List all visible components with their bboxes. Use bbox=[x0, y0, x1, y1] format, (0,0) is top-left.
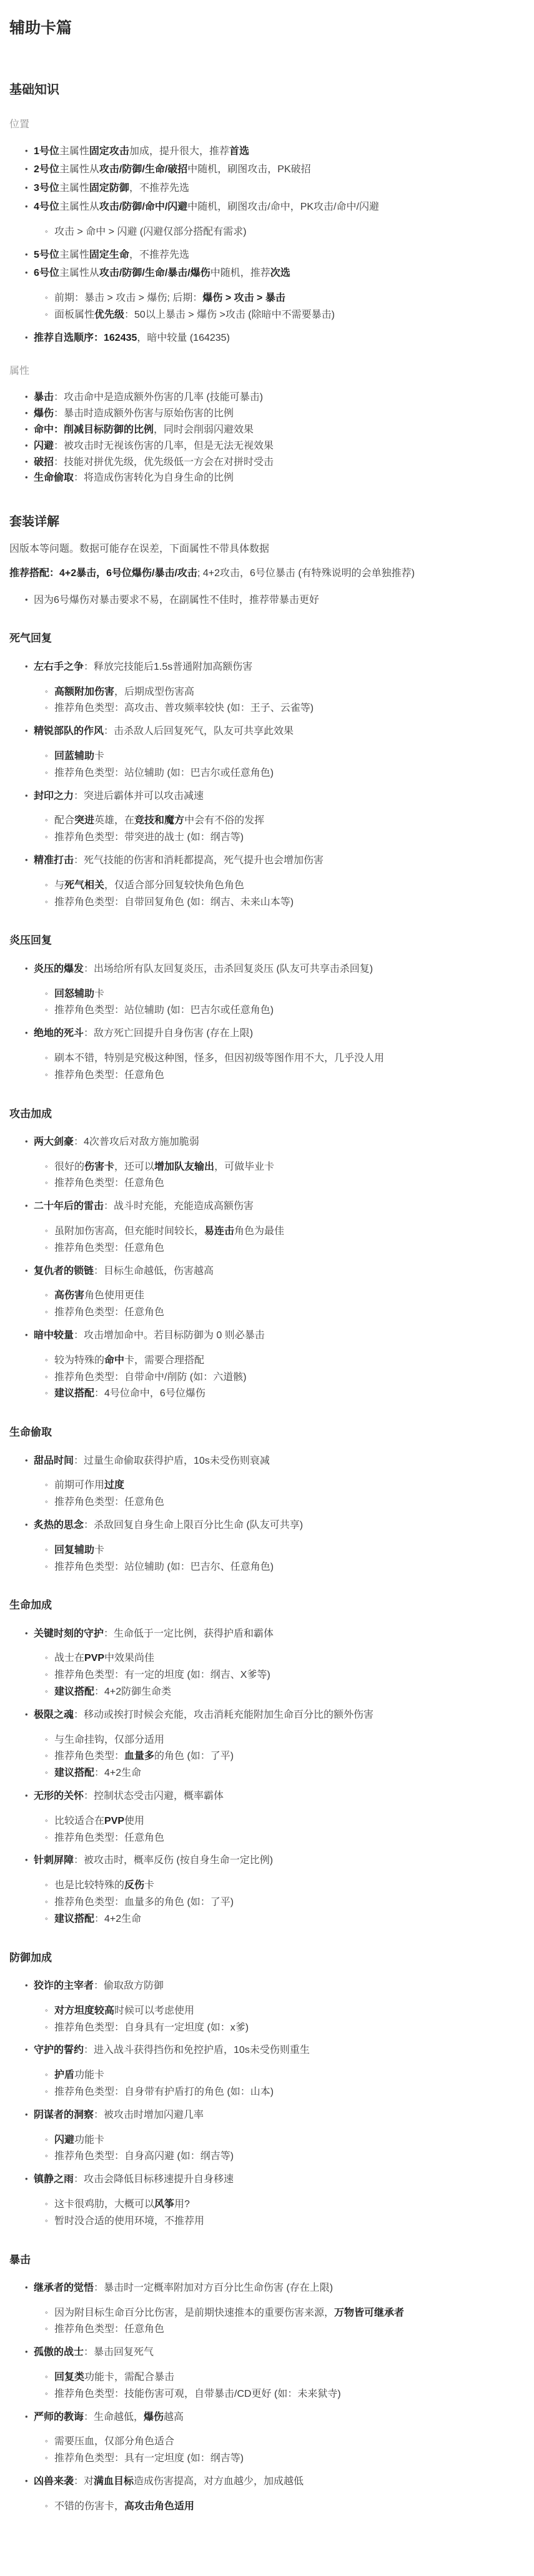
sub-bullet-list: 攻击 > 命中 > 闪避 (闪避仅部分搭配有需求) bbox=[34, 225, 517, 240]
bold-text-run: 推荐搭配：4+2暴击，6号位爆伤/暴击/攻击 bbox=[9, 568, 197, 579]
sub-list-item: 刷本不错，特别是究极这种图，怪多，但因初级等图作用不大，几乎没人用 bbox=[45, 1051, 517, 1067]
bold-text-run: 阴谋者的洞察 bbox=[34, 2110, 94, 2120]
text-run: 主属性 bbox=[59, 183, 89, 193]
text-run: 中随机，刷图攻击/命中，PK攻击/命中/闪避 bbox=[187, 202, 379, 212]
text-run: ，不推荐先选 bbox=[129, 250, 189, 260]
sub-list-item: 推荐角色类型：任意角色 bbox=[45, 2322, 517, 2338]
bold-text-run: 回怒辅助 bbox=[54, 989, 94, 999]
bullet-list: 左右手之争：释放完技能后1.5s普通附加高额伤害高额附加伤害，后期成型伤害高推荐… bbox=[9, 660, 517, 911]
text-run: 时候可以考虑使用 bbox=[114, 2005, 194, 2016]
document-body: 基础知识位置1号位主属性固定攻击加成，提升很大，推荐首选2号位主属性从攻击/防御… bbox=[9, 81, 517, 2515]
list-item: 继承者的觉悟：暴击时一定概率附加对方百分比生命伤害 (存在上限)因为附目标生命百… bbox=[24, 2281, 517, 2338]
text-run: 推荐角色类型：任意角色 bbox=[54, 1243, 164, 1253]
bold-text-run: 绝地的死斗 bbox=[34, 1028, 84, 1039]
sub-list-item: 前期：暴击 > 攻击 > 爆伤; 后期：爆伤 > 攻击 > 暴击 bbox=[45, 291, 517, 306]
sub-bullet-list: 与死气相关，仅适合部分回复较快角色角色推荐角色类型：自带回复角色 (如：纲吉、未… bbox=[34, 878, 517, 911]
sub-list-item: 虽附加伤害高，但充能时间较长，易连击角色为最佳 bbox=[45, 1224, 517, 1240]
list-item: 严师的教诲：生命越低，爆伤越高需要压血，仅部分角色适合推荐角色类型：具有一定坦度… bbox=[24, 2410, 517, 2467]
text-run: 卡 bbox=[94, 751, 104, 762]
text-run: 角色为最佳 bbox=[234, 1226, 284, 1237]
text-run: ：死气技能的伤害和消耗都提高，死气提升也会增加伤害 bbox=[74, 855, 324, 866]
sub-list-item: 推荐角色类型：自身带有护盾打的角色 (如：山本) bbox=[45, 2085, 517, 2100]
text-run: ：暴击时一定概率附加对方百分比生命伤害 (存在上限) bbox=[94, 2283, 333, 2293]
text-run: 攻击 > 命中 > 闪避 (闪避仅部分搭配有需求) bbox=[54, 227, 247, 237]
sub-bullet-list: 战士在PVP中效果尚佳推荐角色类型：有一定的坦度 (如：纲吉、X爹等)建议搭配：… bbox=[34, 1651, 517, 1700]
bold-text-run: 攻击/防御/生命/破招 bbox=[99, 164, 187, 175]
section-heading: 攻击加成 bbox=[9, 1106, 517, 1122]
bold-text-run: 高额附加伤害 bbox=[54, 687, 114, 697]
sub-list-item: 需要压血，仅部分角色适合 bbox=[45, 2434, 517, 2450]
bold-text-run: 闪避 bbox=[34, 441, 54, 451]
text-run: ，不推荐先选 bbox=[129, 183, 189, 193]
bold-text-run: 凶兽来袭 bbox=[34, 2476, 74, 2487]
text-run: 推荐角色类型：站位辅助 (如：巴吉尔、任意角色) bbox=[54, 1562, 274, 1572]
sub-list-item: 也是比较特殊的反伤卡 bbox=[45, 1878, 517, 1894]
sub-list-item: 推荐角色类型：自身具有一定坦度 (如：x爹) bbox=[45, 2020, 517, 2036]
bold-text-run: 增加队友输出 bbox=[154, 1162, 214, 1172]
bold-text-run: 精准打击 bbox=[34, 855, 74, 866]
sub-list-item: 回复类功能卡，需配合暴击 bbox=[45, 2370, 517, 2386]
text-run: ：4+2生命 bbox=[94, 1914, 141, 1924]
sub-list-item: 战士在PVP中效果尚佳 bbox=[45, 1651, 517, 1667]
text-run: 推荐角色类型：任意角色 bbox=[54, 1833, 164, 1843]
document: 辅助卡篇 基础知识位置1号位主属性固定攻击加成，提升很大，推荐首选2号位主属性从… bbox=[0, 0, 534, 2576]
text-run: ，同时会削弱闪避效果 bbox=[154, 424, 254, 435]
bold-text-run: 护盾 bbox=[54, 2070, 74, 2080]
bold-text-run: 过度 bbox=[104, 1480, 124, 1491]
text-run: ：过量生命偷取获得护盾，10s未受伤则衰减 bbox=[74, 1456, 270, 1466]
section-heading: 防御加成 bbox=[9, 1950, 517, 1966]
text-run: 与 bbox=[54, 880, 64, 891]
sub-bullet-list: 不错的伤害卡，高攻击角色适用 bbox=[34, 2499, 517, 2515]
text-run: ：4+2生命 bbox=[94, 1768, 141, 1778]
sub-bullet-list: 护盾功能卡推荐角色类型：自身带有护盾打的角色 (如：山本) bbox=[34, 2068, 517, 2100]
sub-bullet-list: 这卡很鸡肋，大概可以风筝用?暂时没合适的使用环境，不推荐用 bbox=[34, 2197, 517, 2230]
bold-text-run: 死气相关 bbox=[64, 880, 104, 891]
text-run: ; 4+2攻击，6号位暴击 (有特殊说明的会单独推荐) bbox=[197, 568, 415, 579]
bold-text-run: 竞技和魔方 bbox=[134, 815, 184, 826]
text-run: ：攻击增加命中。若目标防御为 0 则必暴击 bbox=[74, 1330, 265, 1341]
text-run: 暂时没合适的使用环境，不推荐用 bbox=[54, 2216, 204, 2226]
bold-text-run: 针刺屏障 bbox=[34, 1855, 74, 1866]
sub-list-item: 暂时没合适的使用环境，不推荐用 bbox=[45, 2214, 517, 2230]
sub-list-item: 推荐角色类型：自身高闪避 (如：纲吉等) bbox=[45, 2149, 517, 2165]
text-run: 功能卡 bbox=[74, 2135, 104, 2145]
list-item: 破招：技能对拼优先级，优先级低一方会在对拼时受击 bbox=[24, 455, 517, 471]
text-run: 卡，需要合理搭配 bbox=[124, 1355, 204, 1366]
text-run: 中会有不俗的发挥 bbox=[184, 815, 264, 826]
bold-text-run: 攻击/防御/命中/闪避 bbox=[99, 202, 187, 212]
text-run: ，暗中较量 (164235) bbox=[137, 333, 230, 343]
bold-text-run: 精锐部队的作风 bbox=[34, 726, 104, 737]
text-run: ：生命越低， bbox=[84, 2412, 144, 2422]
text-run: ：突进后霸体并可以攻击减速 bbox=[74, 791, 204, 801]
bold-text-run: 爆伤 bbox=[144, 2412, 164, 2422]
bullet-list: 1号位主属性固定攻击加成，提升很大，推荐首选2号位主属性从攻击/防御/生命/破招… bbox=[9, 144, 517, 346]
text-run: 也是比较特殊的 bbox=[54, 1880, 124, 1891]
text-run: 中效果尚佳 bbox=[104, 1653, 154, 1663]
bold-text-run: 继承者的觉悟 bbox=[34, 2283, 94, 2293]
text-run: 因为附目标生命百分比伤害，是前期快速推本的重要伤害来源， bbox=[54, 2308, 334, 2318]
list-item: 爆伤：暴击时造成额外伤害与原始伤害的比例 bbox=[24, 406, 517, 422]
list-item: 炎压的爆发：出场给所有队友回复炎压，击杀回复炎压 (队友可共享击杀回复)回怒辅助… bbox=[24, 962, 517, 1019]
text-run: 越高 bbox=[164, 2412, 184, 2422]
list-item: 生命偷取：将造成伤害转化为自身生命的比例 bbox=[24, 471, 517, 486]
sub-bullet-list: 刷本不错，特别是究极这种图，怪多，但因初级等图作用不大，几乎没人用推荐角色类型：… bbox=[34, 1051, 517, 1084]
bold-text-run: 4号位 bbox=[34, 202, 59, 212]
sub-bullet-list: 回复类功能卡，需配合暴击推荐角色类型：技能伤害可观，自带暴击/CD更好 (如：未… bbox=[34, 2370, 517, 2402]
bold-text-run: 伤害卡 bbox=[84, 1162, 114, 1172]
text-run: ：出场给所有队友回复炎压，击杀回复炎压 (队友可共享击杀回复) bbox=[84, 964, 373, 974]
sub-bullet-list: 回蓝辅助卡推荐角色类型：站位辅助 (如：巴吉尔或任意角色) bbox=[34, 749, 517, 781]
list-item: 3号位主属性固定防御，不推荐先选 bbox=[24, 181, 517, 197]
sub-list-item: 比较适合在PVP使用 bbox=[45, 1814, 517, 1829]
text-run: 刷本不错，特别是究极这种图，怪多，但因初级等图作用不大，几乎没人用 bbox=[54, 1053, 384, 1064]
section-heading: 炎压回复 bbox=[9, 933, 517, 949]
sub-list-item: 与死气相关，仅适合部分回复较快角色角色 bbox=[45, 878, 517, 894]
bold-text-run: 无形的关怀 bbox=[34, 1791, 84, 1801]
text-run: 推荐角色类型：具有一定坦度 (如：纲吉等) bbox=[54, 2453, 244, 2464]
section-heading: 生命偷取 bbox=[9, 1424, 517, 1441]
bold-text-run: 严师的教诲 bbox=[34, 2412, 84, 2422]
list-item: 无形的关怀：控制状态受击闪避，概率霸体比较适合在PVP使用推荐角色类型：任意角色 bbox=[24, 1789, 517, 1846]
list-item: 精锐部队的作风：击杀敌人后回复死气，队友可共享此效果回蓝辅助卡推荐角色类型：站位… bbox=[24, 724, 517, 781]
text-run: ，仅适合部分回复较快角色角色 bbox=[104, 880, 244, 891]
sub-list-item: 因为附目标生命百分比伤害，是前期快速推本的重要伤害来源，万物皆可继承者 bbox=[45, 2306, 517, 2321]
sub-list-item: 建议搭配：4号位命中，6号位爆伤 bbox=[45, 1386, 517, 1402]
text-run: ：4次普攻后对敌方施加脆弱 bbox=[74, 1137, 199, 1147]
list-item: 暴击：攻击命中是造成额外伤害的几率 (技能可暴击) bbox=[24, 390, 517, 406]
text-run: 比较适合在 bbox=[54, 1816, 104, 1826]
list-item: 4号位主属性从攻击/防御/命中/闪避中随机，刷图攻击/命中，PK攻击/命中/闪避… bbox=[24, 200, 517, 240]
bold-text-run: 首选 bbox=[229, 146, 249, 157]
bold-text-run: 爆伤 > 攻击 > 暴击 bbox=[202, 293, 285, 303]
sub-list-item: 回蓝辅助卡 bbox=[45, 749, 517, 765]
sub-bullet-list: 与生命挂钩，仅部分适用推荐角色类型：血量多的角色 (如：了平)建议搭配：4+2生… bbox=[34, 1733, 517, 1781]
bullet-list: 两大剑豪：4次普攻后对敌方施加脆弱很好的伤害卡，还可以增加队友输出，可做毕业卡推… bbox=[9, 1135, 517, 1402]
text-run: ：4+2防御生命类 bbox=[94, 1687, 171, 1697]
text-run: 主属性 bbox=[59, 250, 89, 260]
sub-list-item: 推荐角色类型：任意角色 bbox=[45, 1176, 517, 1192]
text-run: 造成伤害提高，对方血越少，加成越低 bbox=[134, 2476, 304, 2487]
sub-list-item: 推荐角色类型：站位辅助 (如：巴吉尔、任意角色) bbox=[45, 1560, 517, 1575]
bold-text-run: 镇静之雨 bbox=[34, 2174, 74, 2185]
sub-list-item: 回怒辅助卡 bbox=[45, 987, 517, 1002]
sub-list-item: 推荐角色类型：任意角色 bbox=[45, 1068, 517, 1084]
sub-list-item: 推荐角色类型：血量多的角色 (如：了平) bbox=[45, 1749, 517, 1765]
sub-bullet-list: 虽附加伤害高，但充能时间较长，易连击角色为最佳推荐角色类型：任意角色 bbox=[34, 1224, 517, 1256]
bold-text-run: 复仇者的锁链 bbox=[34, 1266, 94, 1276]
bold-text-run: 固定防御 bbox=[89, 183, 129, 193]
bold-text-run: 爆伤 bbox=[34, 408, 54, 419]
text-run: 虽附加伤害高，但充能时间较长， bbox=[54, 1226, 204, 1237]
sub-list-item: 推荐角色类型：血量多的角色 (如：了平) bbox=[45, 1895, 517, 1911]
sub-list-item: 对方坦度较高时候可以考虑使用 bbox=[45, 2004, 517, 2019]
sub-bullet-list: 配合突进英雄，在竞技和魔方中会有不俗的发挥推荐角色类型：带突进的战士 (如：纲吉… bbox=[34, 813, 517, 846]
text-run: 推荐角色类型：任意角色 bbox=[54, 1497, 164, 1507]
text-run: 推荐角色类型：站位辅助 (如：巴吉尔或任意角色) bbox=[54, 768, 274, 778]
bullet-list: 狡诈的主宰者：偷取敌方防御对方坦度较高时候可以考虑使用推荐角色类型：自身具有一定… bbox=[9, 1979, 517, 2230]
text-run: 前期可作用 bbox=[54, 1480, 104, 1491]
text-run: ：击杀敌人后回复死气，队友可共享此效果 bbox=[104, 726, 294, 737]
bold-text-run: 左右手之争 bbox=[34, 662, 84, 672]
bold-text-run: 风筝 bbox=[154, 2199, 174, 2210]
sub-list-item: 高伤害角色使用更佳 bbox=[45, 1288, 517, 1304]
text-run: ：50以上暴击 > 爆伤 >攻击 (除暗中不需要暴击) bbox=[124, 310, 335, 320]
sub-list-item: 推荐角色类型：技能伤害可观，自带暴击/CD更好 (如：未来狱寺) bbox=[45, 2387, 517, 2402]
text-run: 中随机，刷图攻击，PK破招 bbox=[187, 164, 310, 175]
bold-text-run: 暴击 bbox=[34, 392, 54, 403]
bold-text-run: 生命偷取 bbox=[34, 473, 74, 483]
sub-list-item: 推荐角色类型：站位辅助 (如：巴吉尔或任意角色) bbox=[45, 766, 517, 781]
bold-text-run: 1号位 bbox=[34, 146, 59, 157]
text-run: 主属性从 bbox=[59, 268, 99, 278]
sub-list-item: 推荐角色类型：具有一定坦度 (如：纲吉等) bbox=[45, 2451, 517, 2467]
bold-text-run: 关键时刻的守护 bbox=[34, 1628, 104, 1639]
text-run: ：暴击时造成额外伤害与原始伤害的比例 bbox=[54, 408, 234, 419]
text-run: 推荐角色类型：自带命中/削防 (如：六道骸) bbox=[54, 1372, 247, 1383]
bold-text-run: 极限之魂 bbox=[34, 1710, 74, 1720]
bold-text-run: 建议搭配 bbox=[54, 1914, 94, 1924]
sub-list-item: 闪避功能卡 bbox=[45, 2133, 517, 2148]
bold-text-run: 建议搭配 bbox=[54, 1687, 94, 1697]
list-item: 暗中较量：攻击增加命中。若目标防御为 0 则必暴击较为特殊的命中卡，需要合理搭配… bbox=[24, 1328, 517, 1402]
page-title: 辅助卡篇 bbox=[9, 16, 517, 41]
list-item: 5号位主属性固定生命，不推荐先选 bbox=[24, 248, 517, 263]
text-run: 配合 bbox=[54, 815, 74, 826]
text-run: 推荐角色类型：自带回复角色 (如：纲吉、未来山本等) bbox=[54, 897, 294, 908]
text-run: 因为6号爆伤对暴击要求不易，在副属性不佳时，推荐带暴击更好 bbox=[34, 595, 319, 605]
section-heading: 位置 bbox=[9, 117, 517, 133]
sub-bullet-list: 比较适合在PVP使用推荐角色类型：任意角色 bbox=[34, 1814, 517, 1846]
bold-text-run: 对方坦度较高 bbox=[54, 2005, 114, 2016]
list-item: 命中：削减目标防御的比例，同时会削弱闪避效果 bbox=[24, 423, 517, 438]
sub-list-item: 建议搭配：4+2防御生命类 bbox=[45, 1685, 517, 1700]
list-item: 二十年后的雷击：战斗时充能，充能造成高额伤害虽附加伤害高，但充能时间较长，易连击… bbox=[24, 1199, 517, 1256]
text-run: 卡 bbox=[94, 989, 104, 999]
text-run: 与生命挂钩，仅部分适用 bbox=[54, 1735, 164, 1745]
list-item: 守护的誓约：进入战斗获得挡伤和免控护盾，10s未受伤则重生护盾功能卡推荐角色类型… bbox=[24, 2043, 517, 2100]
text-run: 角色使用更佳 bbox=[84, 1290, 144, 1301]
bullet-list: 因为6号爆伤对暴击要求不易，在副属性不佳时，推荐带暴击更好 bbox=[9, 593, 517, 609]
bold-text-run: 固定攻击 bbox=[89, 146, 129, 157]
bold-text-run: 建议搭配 bbox=[54, 1388, 94, 1399]
text-run: 这卡很鸡肋，大概可以 bbox=[54, 2199, 154, 2210]
list-item: 2号位主属性从攻击/防御/生命/破招中随机，刷图攻击，PK破招 bbox=[24, 162, 517, 178]
section-heading: 属性 bbox=[9, 364, 517, 380]
bold-text-run: 孤傲的战士 bbox=[34, 2347, 84, 2358]
text-run: 推荐角色类型：自身带有护盾打的角色 (如：山本) bbox=[54, 2087, 274, 2097]
text-run: ，后期成型伤害高 bbox=[114, 687, 194, 697]
text-run: ：移动或挨打时候会充能，攻击消耗充能附加生命百分比的额外伤害 bbox=[74, 1710, 373, 1720]
section-heading: 基础知识 bbox=[9, 81, 517, 100]
sub-bullet-list: 前期可作用过度推荐角色类型：任意角色 bbox=[34, 1478, 517, 1511]
bold-text-run: 回复辅助 bbox=[54, 1545, 94, 1555]
text-run: 推荐角色类型：任意角色 bbox=[54, 1070, 164, 1080]
sub-list-item: 护盾功能卡 bbox=[45, 2068, 517, 2084]
text-run: 较为特殊的 bbox=[54, 1355, 104, 1366]
text-run: 功能卡，需配合暴击 bbox=[84, 2372, 174, 2383]
bold-text-run: 突进 bbox=[74, 815, 94, 826]
bold-text-run: 血量多 bbox=[124, 1751, 154, 1761]
text-run: 面板属性 bbox=[54, 310, 94, 320]
text-run: 卡 bbox=[94, 1545, 104, 1555]
bold-text-run: 固定生命 bbox=[89, 250, 129, 260]
sub-list-item: 推荐角色类型：站位辅助 (如：巴吉尔或任意角色) bbox=[45, 1003, 517, 1019]
list-item: 针刺屏障：被攻击时，概率反伤 (按自身生命一定比例)也是比较特殊的反伤卡推荐角色… bbox=[24, 1853, 517, 1927]
bold-text-run: 狡诈的主宰者 bbox=[34, 1981, 94, 1991]
bold-text-run: 反伤 bbox=[124, 1880, 144, 1891]
text-run: 推荐角色类型：自身具有一定坦度 (如：x爹) bbox=[54, 2022, 249, 2033]
text-run: 使用 bbox=[124, 1816, 144, 1826]
bold-text-run: 回蓝辅助 bbox=[54, 751, 94, 762]
sub-list-item: 推荐角色类型：有一定的坦度 (如：纲吉、X爹等) bbox=[45, 1668, 517, 1683]
text-run: ：进入战斗获得挡伤和免控护盾，10s未受伤则重生 bbox=[84, 2045, 310, 2055]
list-item: 封印之力：突进后霸体并可以攻击减速配合突进英雄，在竞技和魔方中会有不俗的发挥推荐… bbox=[24, 789, 517, 846]
bold-text-run: 5号位 bbox=[34, 250, 59, 260]
text-run: 卡 bbox=[144, 1880, 154, 1891]
text-run: 推荐角色类型： bbox=[54, 1751, 124, 1761]
text-run: 因版本等问题。数据可能存在误差，下面属性不带具体数据 bbox=[9, 544, 269, 554]
sub-list-item: 很好的伤害卡，还可以增加队友输出，可做毕业卡 bbox=[45, 1160, 517, 1175]
text-run: ：被攻击时无视该伤害的几率，但是无法无视效果 bbox=[54, 441, 274, 451]
sub-bullet-list: 很好的伤害卡，还可以增加队友输出，可做毕业卡推荐角色类型：任意角色 bbox=[34, 1160, 517, 1192]
section-heading: 死气回复 bbox=[9, 630, 517, 647]
bold-text-run: 破招 bbox=[34, 457, 54, 468]
text-run: 用? bbox=[174, 2199, 190, 2210]
sub-list-item: 不错的伤害卡，高攻击角色适用 bbox=[45, 2499, 517, 2515]
list-item: 炙热的思念：杀敌回复自身生命上限百分比生命 (队友可共享)回复辅助卡推荐角色类型… bbox=[24, 1518, 517, 1575]
sub-bullet-list: 高伤害角色使用更佳推荐角色类型：任意角色 bbox=[34, 1288, 517, 1321]
bold-text-run: 两大剑豪 bbox=[34, 1137, 74, 1147]
section-heading: 生命加成 bbox=[9, 1597, 517, 1614]
text-run: ：4号位命中，6号位爆伤 bbox=[94, 1388, 205, 1399]
text-run: ：被攻击时，概率反伤 (按自身生命一定比例) bbox=[74, 1855, 273, 1866]
list-item: 极限之魂：移动或挨打时候会充能，攻击消耗充能附加生命百分比的额外伤害与生命挂钩，… bbox=[24, 1708, 517, 1781]
text-run: 主属性从 bbox=[59, 202, 99, 212]
bold-text-run: 暗中较量 bbox=[34, 1330, 74, 1341]
list-item: 甜品时间：过量生命偷取获得护盾，10s未受伤则衰减前期可作用过度推荐角色类型：任… bbox=[24, 1454, 517, 1511]
text-run: 推荐角色类型：站位辅助 (如：巴吉尔或任意角色) bbox=[54, 1005, 274, 1016]
bullet-list: 关键时刻的守护：生命低于一定比例，获得护盾和霸体战士在PVP中效果尚佳推荐角色类… bbox=[9, 1627, 517, 1927]
bold-text-run: 易连击 bbox=[204, 1226, 234, 1237]
sub-list-item: 建议搭配：4+2生命 bbox=[45, 1912, 517, 1927]
text-run: 推荐角色类型：自身高闪避 (如：纲吉等) bbox=[54, 2151, 234, 2162]
sub-list-item: 高额附加伤害，后期成型伤害高 bbox=[45, 685, 517, 700]
text-run: 推荐角色类型：任意角色 bbox=[54, 1307, 164, 1318]
list-item: 绝地的死斗：敌方死亡回提升自身伤害 (存在上限)刷本不错，特别是究极这种图，怪多… bbox=[24, 1026, 517, 1083]
text-run: ：对 bbox=[74, 2476, 94, 2487]
bold-text-run: 炙热的思念 bbox=[34, 1520, 84, 1530]
sub-bullet-list: 因为附目标生命百分比伤害，是前期快速推本的重要伤害来源，万物皆可继承者推荐角色类… bbox=[34, 2306, 517, 2338]
bold-text-run: 甜品时间 bbox=[34, 1456, 74, 1466]
sub-list-item: 这卡很鸡肋，大概可以风筝用? bbox=[45, 2197, 517, 2213]
sub-list-item: 推荐角色类型：自带命中/削防 (如：六道骸) bbox=[45, 1370, 517, 1386]
text-run: 推荐角色类型：有一定的坦度 (如：纲吉、X爹等) bbox=[54, 1670, 270, 1680]
bold-text-run: 封印之力 bbox=[34, 791, 74, 801]
bold-text-run: 建议搭配 bbox=[54, 1768, 94, 1778]
text-run: 加成，提升很大，推荐 bbox=[129, 146, 229, 157]
sub-list-item: 推荐角色类型：任意角色 bbox=[45, 1241, 517, 1256]
list-item: 复仇者的锁链：目标生命越低，伤害越高高伤害角色使用更佳推荐角色类型：任意角色 bbox=[24, 1264, 517, 1321]
text-run: 推荐角色类型：血量多的角色 (如：了平) bbox=[54, 1897, 234, 1908]
bold-text-run: 回复类 bbox=[54, 2372, 84, 2383]
text-run: 推荐角色类型：技能伤害可观，自带暴击/CD更好 (如：未来狱寺) bbox=[54, 2389, 341, 2399]
sub-bullet-list: 回怒辅助卡推荐角色类型：站位辅助 (如：巴吉尔或任意角色) bbox=[34, 987, 517, 1019]
list-item: 推荐自选顺序：162435，暗中较量 (164235) bbox=[24, 331, 517, 346]
text-run: ：将造成伤害转化为自身生命的比例 bbox=[74, 473, 234, 483]
sub-list-item: 回复辅助卡 bbox=[45, 1543, 517, 1559]
text-run: 很好的 bbox=[54, 1162, 84, 1172]
text-run: 功能卡 bbox=[74, 2070, 104, 2080]
sub-bullet-list: 较为特殊的命中卡，需要合理搭配推荐角色类型：自带命中/削防 (如：六道骸)建议搭… bbox=[34, 1353, 517, 1402]
sub-list-item: 推荐角色类型：任意角色 bbox=[45, 1305, 517, 1321]
text-run: 战士在 bbox=[54, 1653, 84, 1663]
list-item: 左右手之争：释放完技能后1.5s普通附加高额伤害高额附加伤害，后期成型伤害高推荐… bbox=[24, 660, 517, 717]
text-run: 推荐角色类型：任意角色 bbox=[54, 2324, 164, 2334]
text-run: 需要压血，仅部分角色适合 bbox=[54, 2436, 174, 2447]
bold-text-run: 攻击/防御/生命/暴击/爆伤 bbox=[99, 268, 210, 278]
text-run: 推荐角色类型：高攻击、普攻频率较快 (如：王子、云雀等) bbox=[54, 703, 314, 713]
text-run: ：偷取敌方防御 bbox=[94, 1981, 164, 1991]
sub-bullet-list: 也是比较特殊的反伤卡推荐角色类型：血量多的角色 (如：了平)建议搭配：4+2生命 bbox=[34, 1878, 517, 1927]
text-run: 英雄，在 bbox=[94, 815, 134, 826]
bold-text-run: 万物皆可继承者 bbox=[334, 2308, 404, 2318]
text-run: ：攻击命中是造成额外伤害的几率 (技能可暴击) bbox=[54, 392, 263, 403]
bold-text-run: 守护的誓约 bbox=[34, 2045, 84, 2055]
sub-list-item: 面板属性优先级：50以上暴击 > 爆伤 >攻击 (除暗中不需要暴击) bbox=[45, 308, 517, 323]
sub-bullet-list: 需要压血，仅部分角色适合推荐角色类型：具有一定坦度 (如：纲吉等) bbox=[34, 2434, 517, 2467]
sub-list-item: 较为特殊的命中卡，需要合理搭配 bbox=[45, 1353, 517, 1369]
list-item: 关键时刻的守护：生命低于一定比例，获得护盾和霸体战士在PVP中效果尚佳推荐角色类… bbox=[24, 1627, 517, 1700]
sub-list-item: 与生命挂钩，仅部分适用 bbox=[45, 1733, 517, 1748]
bold-text-run: PVP bbox=[104, 1816, 124, 1826]
section-heading: 套装详解 bbox=[9, 512, 517, 532]
text-run: ：暴击回复死气 bbox=[84, 2347, 154, 2358]
text-run: 推荐角色类型：带突进的战士 (如：纲吉等) bbox=[54, 832, 244, 843]
text-run: ：被攻击时增加闪避几率 bbox=[94, 2110, 204, 2120]
sub-list-item: 推荐角色类型：任意角色 bbox=[45, 1495, 517, 1511]
bullet-list: 炎压的爆发：出场给所有队友回复炎压，击杀回复炎压 (队友可共享击杀回复)回怒辅助… bbox=[9, 962, 517, 1084]
sub-bullet-list: 闪避功能卡推荐角色类型：自身高闪避 (如：纲吉等) bbox=[34, 2133, 517, 2165]
bullet-list: 继承者的觉悟：暴击时一定概率附加对方百分比生命伤害 (存在上限)因为附目标生命百… bbox=[9, 2281, 517, 2515]
paragraph: 因版本等问题。数据可能存在误差，下面属性不带具体数据 bbox=[9, 542, 517, 557]
bold-text-run: 炎压的爆发 bbox=[34, 964, 84, 974]
list-item: 两大剑豪：4次普攻后对敌方施加脆弱很好的伤害卡，还可以增加队友输出，可做毕业卡推… bbox=[24, 1135, 517, 1192]
sub-list-item: 推荐角色类型：任意角色 bbox=[45, 1831, 517, 1846]
text-run: 中随机，推荐 bbox=[210, 268, 270, 278]
sub-list-item: 建议搭配：4+2生命 bbox=[45, 1766, 517, 1781]
sub-list-item: 推荐角色类型：高攻击、普攻频率较快 (如：王子、云雀等) bbox=[45, 701, 517, 717]
sub-bullet-list: 回复辅助卡推荐角色类型：站位辅助 (如：巴吉尔、任意角色) bbox=[34, 1543, 517, 1575]
text-run: ：敌方死亡回提升自身伤害 (存在上限) bbox=[84, 1028, 253, 1039]
text-run: 推荐角色类型：任意角色 bbox=[54, 1178, 164, 1188]
list-item: 因为6号爆伤对暴击要求不易，在副属性不佳时，推荐带暴击更好 bbox=[24, 593, 517, 609]
bold-text-run: 次选 bbox=[270, 268, 290, 278]
bold-text-run: 闪避 bbox=[54, 2135, 74, 2145]
sub-list-item: 前期可作用过度 bbox=[45, 1478, 517, 1494]
sub-list-item: 攻击 > 命中 > 闪避 (闪避仅部分搭配有需求) bbox=[45, 225, 517, 240]
text-run: 前期：暴击 > 攻击 > 爆伤; 后期： bbox=[54, 293, 202, 303]
list-item: 1号位主属性固定攻击加成，提升很大，推荐首选 bbox=[24, 144, 517, 160]
bold-text-run: 推荐自选顺序：162435 bbox=[34, 333, 137, 343]
sub-list-item: 推荐角色类型：自带回复角色 (如：纲吉、未来山本等) bbox=[45, 895, 517, 911]
bold-text-run: 2号位 bbox=[34, 164, 59, 175]
text-run: 不错的伤害卡， bbox=[54, 2501, 124, 2512]
sub-bullet-list: 高额附加伤害，后期成型伤害高推荐角色类型：高攻击、普攻频率较快 (如：王子、云雀… bbox=[34, 685, 517, 717]
list-item: 6号位主属性从攻击/防御/生命/暴击/爆伤中随机，推荐次选前期：暴击 > 攻击 … bbox=[24, 266, 517, 323]
sub-list-item: 推荐角色类型：带突进的战士 (如：纲吉等) bbox=[45, 830, 517, 846]
